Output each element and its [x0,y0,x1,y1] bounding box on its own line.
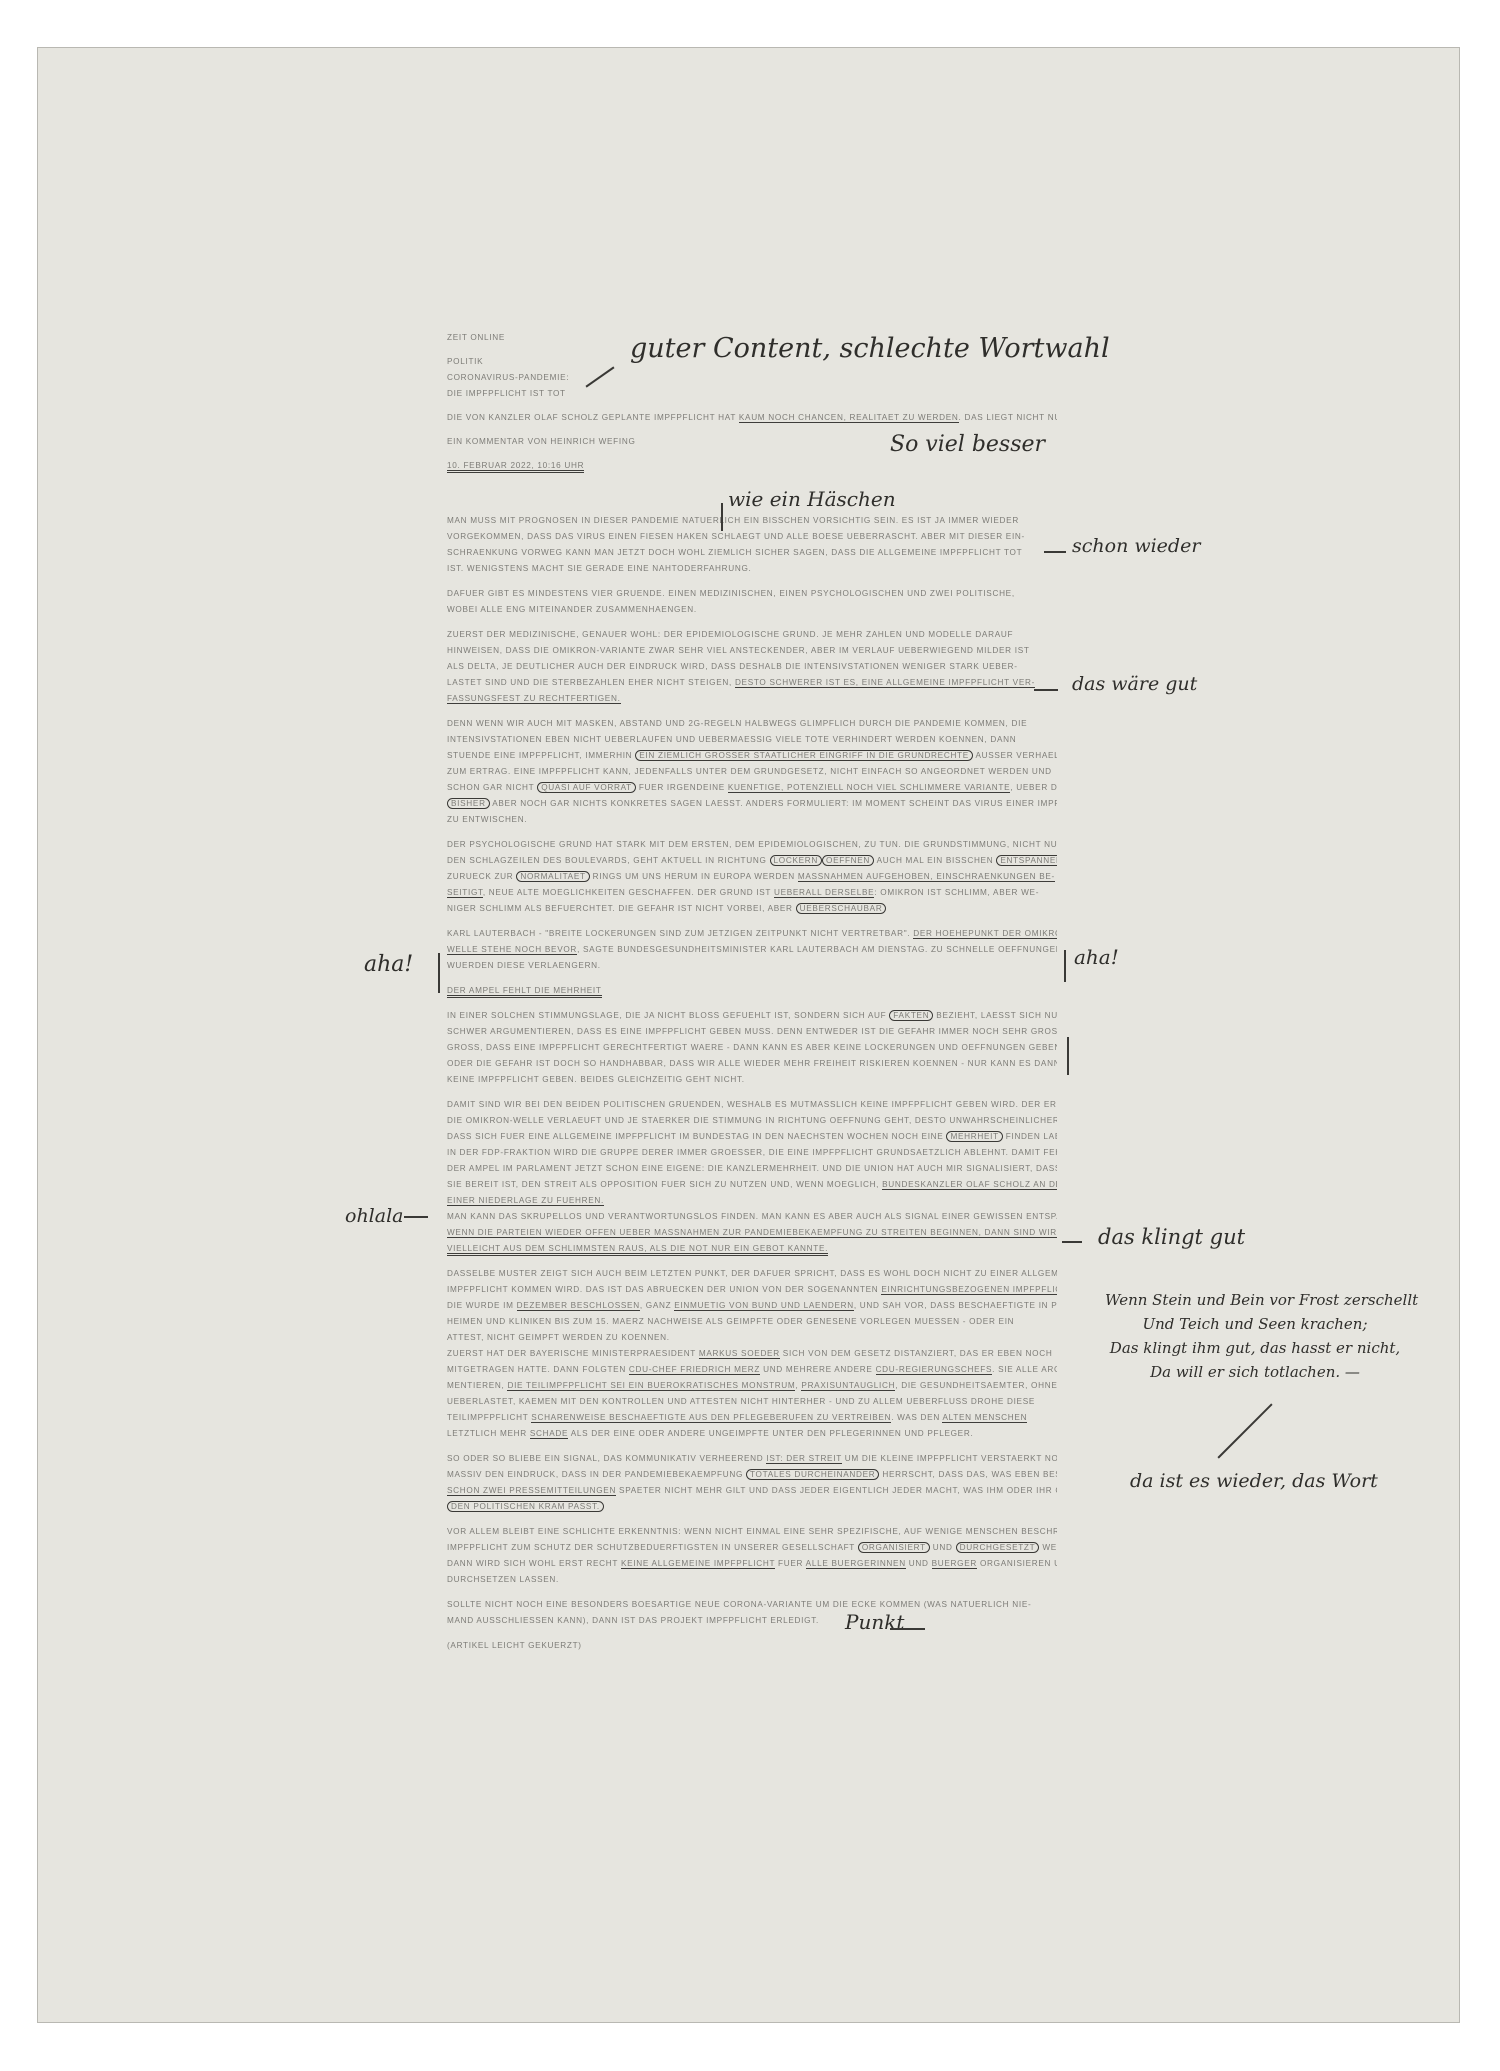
paragraph-3: ZUERST DER MEDIZINISCHE, GENAUER WOHL: D… [447,627,1057,707]
annotation-word-comment: da ist es wieder, das Wort [1130,1470,1378,1492]
annotation-p8-comment: das klingt gut [1098,1225,1245,1249]
annotation-left-aha: aha! [364,952,413,977]
annotation-poem: Wenn Stein und Bein vor Frost zerschellt… [1105,1288,1405,1384]
paragraph-5: DER PSYCHOLOGISCHE GRUND HAT STARK MIT D… [447,837,1057,917]
annotation-end-comment: Punkt [845,1610,904,1634]
paragraph-6: KARL LAUTERBACH - "BREITE LOCKERUNGEN SI… [447,926,1057,974]
annotation-right-aha: aha! [1074,945,1119,969]
circled-phrase: QUASI AUF VORRAT [537,782,636,793]
article-title: DIE IMPFPFLICHT IST TOT [447,386,1057,402]
paragraph-7: IN EINER SOLCHEN STIMMUNGSLAGE, DIE JA N… [447,1008,1057,1088]
insert-mark [721,503,723,531]
annotation-p1-comment: schon wieder [1072,535,1200,557]
subheading: DER AMPEL FEHLT DIE MEHRHEIT [447,986,602,998]
paragraph-8: DAMIT SIND WIR BEI DEN BEIDEN POLITISCHE… [447,1097,1057,1257]
annotation-left-ohlala: ohlala [345,1205,403,1227]
teaser-underline: KAUM NOCH CHANCEN, REALITAET ZU WERDEN [739,413,959,423]
annotation-teaser-comment: So viel besser [890,432,1045,457]
paragraph-12: SOLLTE NICHT NOCH EINE BESONDERS BOESART… [447,1597,1057,1629]
kicker: CORONAVIRUS-PANDEMIE: [447,370,1057,386]
paragraph-4: DENN WENN WIR AUCH MIT MASKEN, ABSTAND U… [447,716,1057,828]
paragraph-10: SO ODER SO BLIEBE EIN SIGNAL, DAS KOMMUN… [447,1451,1057,1515]
paragraph-9: DASSELBE MUSTER ZEIGT SICH AUCH BEIM LET… [447,1266,1057,1442]
annotation-p3-comment: das wäre gut [1072,673,1197,695]
circled-phrase: BISHER [447,798,490,809]
paragraph-11: VOR ALLEM BLEIBT EINE SCHLICHTE ERKENNTN… [447,1524,1057,1588]
teaser: DIE VON KANZLER OLAF SCHOLZ GEPLANTE IMP… [447,410,1057,426]
annotation-insert-comment: wie ein Häschen [728,487,896,511]
paragraph-1: MAN MUSS MIT PROGNOSEN IN DIESER PANDEMI… [447,513,1057,577]
footer-note: (ARTIKEL LEICHT GEKUERZT) [447,1638,1057,1654]
date-stamp: 10. FEBRUAR 2022, 10:16 UHR [447,461,584,473]
circled-phrase: EIN ZIEMLICH GROSSER STAATLICHER EINGRIF… [635,750,973,761]
annotation-title-comment: guter Content, schlechte Wortwahl [630,333,1110,364]
paragraph-2: DAFUER GIBT ES MINDESTENS VIER GRUENDE. … [447,586,1057,618]
article-transcription: ZEIT ONLINE POLITIK CORONAVIRUS-PANDEMIE… [447,330,1057,1663]
